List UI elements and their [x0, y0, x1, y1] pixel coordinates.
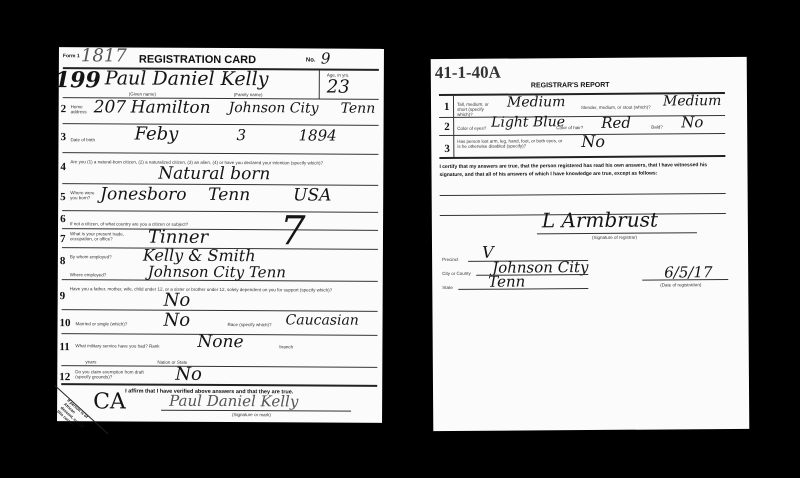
- state-label: State: [442, 285, 453, 290]
- race-value: Caucasian: [286, 312, 359, 328]
- dob-month: Feby: [134, 124, 178, 145]
- marital-value: No: [163, 310, 190, 331]
- divider: [61, 383, 377, 387]
- row-number: 12: [59, 371, 70, 383]
- registrar-signature-label: (Signature of registrar): [592, 235, 637, 240]
- report-serial: 41-1-40A: [435, 63, 501, 83]
- date-label: (Date of registration): [660, 282, 701, 287]
- form-handwritten-number: 1817: [81, 45, 127, 66]
- name-value: Paul Daniel Kelly: [105, 67, 269, 90]
- disability-value: No: [581, 132, 605, 151]
- dob-day: 3: [236, 126, 246, 144]
- row-number: 2: [444, 121, 450, 133]
- address-state: Tenn: [341, 101, 376, 117]
- dob-label: Date of birth: [70, 137, 95, 142]
- given-name-caption: (Given name): [129, 92, 156, 97]
- row-number: 6: [60, 213, 66, 225]
- height-value: Medium: [507, 94, 565, 110]
- divider: [439, 155, 725, 159]
- certification-text: I certify that my answers are true, that…: [439, 161, 725, 179]
- exemption-label: Do you claim exemption from draft (speci…: [75, 369, 145, 379]
- row-number: 4: [60, 161, 66, 173]
- birth-nation: USA: [293, 185, 331, 205]
- registrant-signature: Paul Daniel Kelly: [169, 392, 298, 411]
- occupation-label: What is your present trade, occupation, …: [70, 231, 130, 241]
- birth-town: Jonesboro: [100, 184, 186, 204]
- no-label: No.: [306, 57, 316, 63]
- form-label: Form 1: [63, 53, 80, 59]
- birth-state: Tenn: [208, 185, 250, 205]
- divider: [62, 309, 378, 312]
- registrars-report-card: 41-1-40A REGISTRAR'S REPORT 1 Tall, medi…: [431, 57, 750, 431]
- home-address-label: Home address: [71, 104, 91, 114]
- row-number: 2: [61, 103, 67, 115]
- dependents-label: Have you a father, mother, wife, child u…: [70, 282, 355, 296]
- corner-instruction: If person is of African descent, cut off…: [56, 398, 92, 433]
- row-number: 1: [444, 101, 450, 113]
- divider: [440, 193, 726, 196]
- age-value: 23: [327, 77, 350, 98]
- dob-year: 1894: [298, 126, 336, 144]
- row-number: 11: [59, 341, 69, 353]
- eye-color-value: Light Blue: [491, 114, 565, 131]
- card-title: REGISTRATION CARD: [139, 54, 256, 67]
- corner-mark: CA: [93, 389, 126, 414]
- address-city: Johnson City: [229, 100, 319, 116]
- birthplace-label: Where were you born?: [70, 190, 96, 200]
- row-number: 5: [60, 191, 66, 203]
- family-name-caption: (Family name): [234, 92, 263, 97]
- address-number: 207: [94, 97, 127, 117]
- years-label: years: [85, 359, 96, 364]
- precinct-label: Precinct: [442, 257, 458, 262]
- where-employed-label: Where employed?: [70, 272, 107, 277]
- card-number: 9: [321, 50, 331, 68]
- divider: [453, 95, 454, 157]
- serial-number: 199: [55, 67, 101, 93]
- marital-label: Married or single (which)?: [76, 321, 128, 326]
- employer-label: By whom employed?: [70, 254, 112, 259]
- divider: [62, 210, 378, 213]
- signature-label: (Signature or mark): [232, 412, 271, 417]
- build-value: Medium: [663, 93, 721, 109]
- military-label: What military service have you had? Rank: [75, 343, 159, 348]
- race-label: Race (specify which)?: [228, 322, 272, 327]
- row-number: 3: [444, 143, 450, 155]
- disability-label: Has person lost arm, leg, hand, foot, or…: [457, 138, 565, 149]
- row-number: 3: [60, 131, 66, 143]
- eye-color-label: Color of eyes?: [457, 126, 486, 131]
- dependents-value: No: [164, 290, 191, 311]
- row-number: 9: [60, 290, 66, 302]
- registration-card: Form 1 1817 REGISTRATION CARD No. 9 199 …: [57, 47, 384, 423]
- citizenship-value: Natural born: [158, 164, 270, 185]
- branch-label: branch: [279, 344, 293, 349]
- bald-value: No: [681, 113, 703, 131]
- report-title: REGISTRAR'S REPORT: [531, 82, 610, 90]
- divider: [319, 71, 320, 99]
- divider: [61, 365, 377, 368]
- address-street: Hamilton: [131, 98, 211, 118]
- hair-color-value: Red: [601, 114, 631, 132]
- where-employed-value: Johnson City Tenn: [148, 263, 286, 282]
- military-value: None: [197, 332, 243, 352]
- row-number: 8: [60, 255, 66, 267]
- registrar-signature: L Armbrust: [542, 208, 658, 233]
- exemption-value: No: [175, 364, 202, 385]
- hair-color-label: Color of hair?: [556, 125, 583, 130]
- bald-label: Bald?: [651, 124, 663, 129]
- build-label: Slender, medium, or stout (which)?: [581, 105, 651, 110]
- row-number: 10: [60, 317, 71, 329]
- city-label: City or County: [442, 271, 471, 276]
- row-number: 7: [60, 233, 66, 245]
- divider: [63, 123, 379, 126]
